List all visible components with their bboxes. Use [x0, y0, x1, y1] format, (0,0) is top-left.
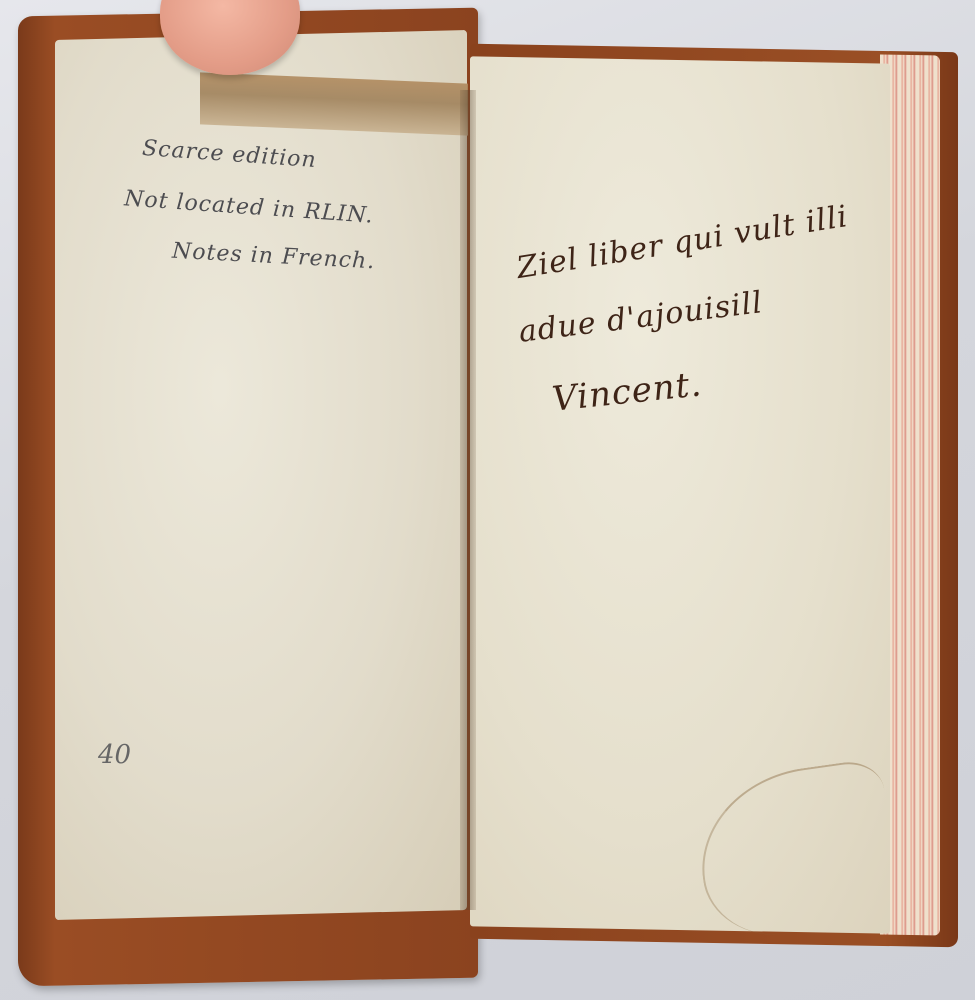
book-photo: Scarce edition Not located in RLIN. Note…	[0, 0, 975, 1000]
book-gutter	[460, 90, 476, 910]
pencil-corner-mark: 40	[98, 740, 131, 770]
